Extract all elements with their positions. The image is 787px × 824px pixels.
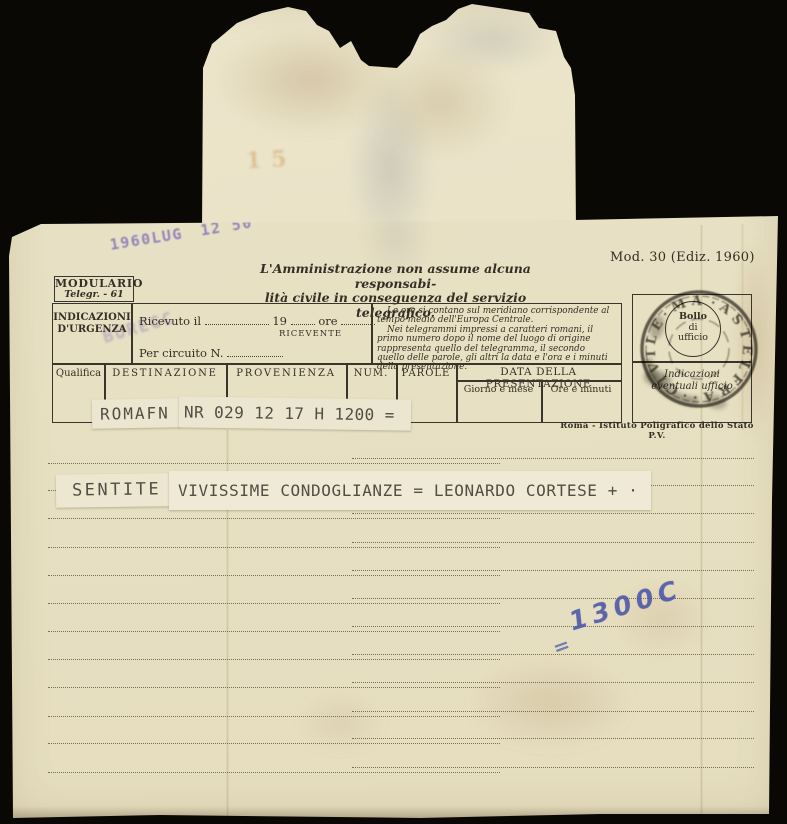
ruled-line [48, 687, 500, 688]
ruled-line [352, 598, 754, 599]
ruled-line [352, 711, 754, 712]
received-label: Ricevuto il [139, 314, 201, 328]
received-line: Ricevuto il 19 ore [139, 314, 375, 328]
col-provenienza: PROVENIENZA [226, 368, 346, 379]
ruled-line [48, 743, 500, 744]
ruled-line [48, 518, 500, 519]
svg-text:·ASTELFRA··CIVILE·MA·: ·ASTELFRA··CIVILE·MA· [611, 261, 774, 416]
ruled-line [352, 682, 754, 683]
paper-stain [468, 658, 633, 748]
circuit-label: Per circuito N. [139, 346, 224, 360]
urgency-line2: D'URGENZA [53, 324, 131, 336]
date-stamp-part1: 1960LUG [109, 225, 185, 254]
ruled-line [48, 547, 500, 548]
notes-par1: Le ore si contano sul meridiano corrispo… [377, 307, 615, 326]
dotted-blank [227, 347, 283, 357]
ruled-line [352, 542, 754, 543]
flap-ink-bleed [420, 8, 560, 73]
paper-stain [298, 692, 383, 752]
ruled-line [48, 575, 500, 576]
scanned-telegram-page: 15 1960LUG12 50 BUREGC MODULARIO Telegr.… [0, 0, 787, 824]
receiver-label: RICEVENTE [279, 329, 342, 339]
modulario-box: MODULARIO Telegr. - 61 [54, 276, 134, 302]
modulario-number: Telegr. - 61 [55, 290, 133, 300]
urgency-label: INDICAZIONI D'URGENZA [53, 312, 131, 336]
routing-strip-origin: ROMAFN [92, 398, 180, 429]
printer-credit: Roma - Istituto Poligrafico dello Stato … [558, 421, 756, 441]
ruled-line [352, 458, 754, 459]
ruled-line [352, 626, 754, 627]
circuit-line: Per circuito N. [139, 346, 283, 360]
ruled-line [352, 738, 754, 739]
dotted-blank [291, 315, 315, 325]
disclaimer-line1: L'Amministrazione non assume alcuna resp… [228, 262, 563, 291]
received-cell: Ricevuto il 19 ore RICEVENTE Per circuit… [131, 304, 371, 363]
flap-stain [215, 25, 405, 135]
presentation-time: Ore e minuti [541, 384, 621, 395]
col-num: NUM. [346, 368, 396, 379]
ruled-line [48, 772, 500, 773]
handwritten-mark: = [549, 632, 573, 660]
edition-label: Mod. 30 (Ediz. 1960) [610, 250, 760, 265]
message-strip-word1: SENTITE [56, 473, 170, 508]
flap-stain [370, 45, 510, 160]
col-parole: PAROLE [396, 368, 456, 379]
year-prefix: 19 [272, 314, 287, 328]
ruled-line [352, 654, 754, 655]
ruled-line [48, 463, 500, 464]
col-qualifica: Qualifica [53, 368, 104, 379]
ruled-line [352, 767, 754, 768]
grid-line [456, 380, 621, 382]
ruled-line [48, 631, 500, 632]
ruled-line [48, 716, 500, 717]
bottom-edge-shadow [0, 806, 787, 820]
ruled-line [48, 659, 500, 660]
handwritten-number: 1300C [566, 575, 686, 638]
routing-strip-service: NR 029 12 17 H 1200 = [179, 396, 411, 430]
hours-label: ore [318, 314, 337, 328]
message-strip-text: VIVISSIME CONDOGLIANZE = LEONARDO CORTES… [169, 471, 651, 510]
ruled-line [48, 603, 500, 604]
dotted-blank [205, 315, 269, 325]
faint-number: 15 [245, 146, 297, 175]
notes-cell: Le ore si contano sul meridiano corrispo… [371, 304, 621, 363]
ruled-line [352, 513, 754, 514]
postmark-rim-text: ·ASTELFRA··CIVILE·MA· [611, 261, 774, 416]
presentation-day: Giorno e mese [456, 384, 541, 395]
ruled-line [352, 570, 754, 571]
urgency-line1: INDICAZIONI [53, 312, 131, 324]
col-destinazione: DESTINAZIONE [104, 368, 226, 379]
